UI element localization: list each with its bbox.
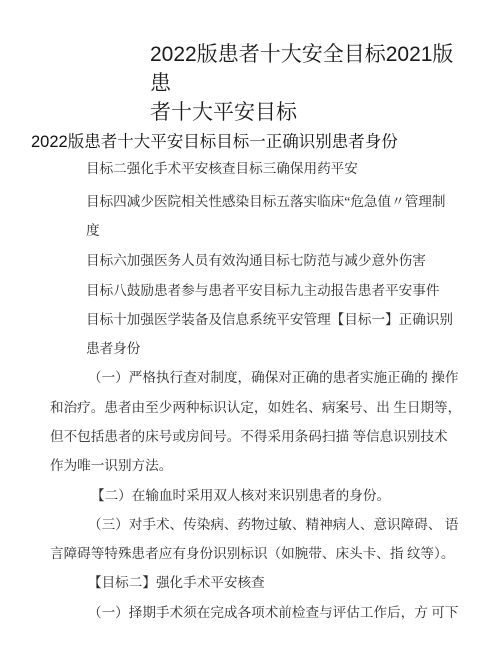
section-heading: 2022版患者十大平安目标目标一正确识别患者身份: [31, 131, 491, 153]
text-line: 目标二强化手术平安核查目标三确保用药平安: [86, 160, 358, 178]
paragraph-line: 作为唯一识别方法。: [50, 457, 172, 475]
text-line: 目标八鼓励患者参与患者平安目标九主动报告患者平安事件: [86, 282, 439, 300]
document-page: 2022版患者十大安全目标2021版患 者十大平安目标 2022版患者十大平安目…: [0, 0, 500, 665]
text-line: 度: [86, 222, 100, 240]
text-line: 目标六加强医务人员有效沟通目标七防范与减少意外伤害: [86, 252, 426, 270]
paragraph-line: （一）择期手术须在完成各项术前检查与评估工作后，方 可下: [88, 604, 458, 622]
paragraph-line: 【二）在输血时采用双人核对来识别患者的身份。: [91, 487, 390, 505]
text-line: 患者身份: [86, 340, 140, 358]
paragraph-line: 言障碍等特殊患者应有身份识别标识（如腕带、床头卡、指 纹等）。: [50, 545, 454, 563]
paragraph-line: （三）对手术、传染病、药物过敏、精神病人、意识障碍、 语: [88, 516, 458, 534]
text-line: 目标十加强医学装备及信息系统平安管理【目标一】正确识别: [86, 311, 453, 329]
text-line: 目标四减少医院相关性感染目标五落实临床“危急值〃管理制: [86, 193, 445, 211]
paragraph-line: 但不包括患者的床号或房间号。不得采用条码扫描 等信息识别技术: [50, 428, 448, 446]
title-line-2: 者十大平安目标: [150, 98, 470, 127]
subsection-heading: 【目标二】强化手术平安核查: [88, 574, 265, 592]
paragraph-line: （一）严格执行查对制度，确保对正确的患者实施正确的 操作: [88, 369, 458, 387]
paragraph-line: 和治疗。患者由至少两种标识认定，如姓名、病案号、出 生日期等，: [50, 399, 461, 417]
title-line-1: 2022版患者十大安全目标2021版患: [150, 40, 470, 98]
document-title: 2022版患者十大安全目标2021版患 者十大平安目标: [150, 40, 470, 127]
